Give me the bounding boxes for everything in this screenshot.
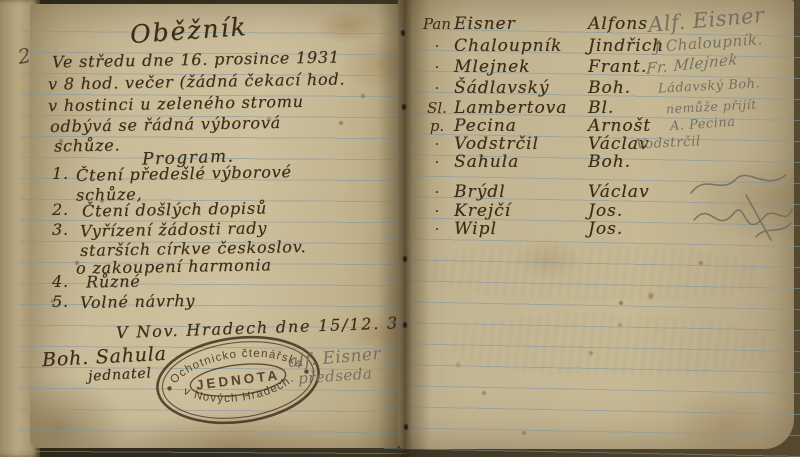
notebook-photo: 2 Oběžník Ve středu dne 16. prosince 193… (0, 0, 800, 457)
attendee-firstname: Václav (588, 182, 650, 202)
program-item-number: 1. (52, 164, 69, 183)
attendee-firstname: Boh. (588, 78, 631, 98)
stitch-dot (401, 30, 405, 36)
attendee-row: · Wipl Jos. (420, 219, 623, 239)
attendee-prefix: · (420, 79, 454, 97)
body-line: schůze. (54, 135, 121, 155)
attendee-row: · Šádlavský Boh. (420, 78, 631, 98)
attendee-surname: Wipl (454, 219, 588, 239)
program-item-text: Čtení došlých dopisů (82, 198, 267, 220)
attendee-row: Sl. Lambertova Bl. (420, 98, 614, 118)
stitch-dot (403, 322, 407, 328)
program-item-number: 4. (52, 272, 69, 291)
attendee-prefix: · (420, 202, 454, 220)
stamp-separator-dot (167, 386, 172, 391)
attendee-firstname: Jos. (588, 219, 623, 239)
attendee-prefix: Pan (420, 15, 454, 33)
secretary-role: jednatel (88, 365, 153, 384)
attendee-row: · Mlejnek Frant. (420, 57, 647, 77)
attendee-prefix: · (420, 58, 454, 76)
attendee-surname: Šádlavský (454, 78, 588, 98)
attendee-surname: Mlejnek (454, 57, 588, 77)
attendee-surname: Chaloupník (454, 36, 588, 56)
attendee-firstname: Arnošt (588, 116, 651, 136)
attendee-row: · Sahula Boh. (420, 152, 631, 172)
signature-scribble (686, 165, 796, 250)
attendee-prefix: · (420, 135, 454, 153)
attendee-surname: Sahula (454, 152, 588, 172)
attendee-surname: Eisner (454, 14, 588, 34)
attendee-surname: Lambertova (454, 98, 588, 118)
attendee-firstname: Frant. (588, 57, 647, 77)
program-item-number: 5. (52, 292, 69, 311)
program-item-text: Volné návrhy (80, 291, 195, 312)
attendee-row: p. Pecina Arnošt (420, 116, 651, 136)
stitch-dot (402, 104, 406, 110)
attendee-firstname: Boh. (588, 152, 631, 172)
attendee-row: · Chaloupník Jindřich (420, 36, 664, 56)
stitch-dot (403, 256, 407, 262)
right-page: Pan Eisner Alfons · Chaloupník Jindřich … (398, 0, 794, 449)
attendee-prefix: · (420, 153, 454, 171)
attendee-prefix: · (420, 220, 454, 238)
attendee-prefix: p. (420, 117, 454, 135)
program-item-number: 2. (52, 200, 69, 219)
pencil-signature: Vodstrčil (636, 133, 702, 152)
left-page: Oběžník Ve středu dne 16. prosince 1931 … (30, 4, 398, 448)
program-item-text: Různé (86, 272, 141, 292)
stitch-dot (404, 424, 408, 430)
attendee-prefix: · (420, 37, 454, 55)
attendee-row: · Brýdl Václav (420, 182, 650, 202)
attendee-firstname: Bl. (588, 98, 614, 118)
ink-showthrough (448, 312, 769, 378)
attendee-firstname: Alfons (588, 14, 648, 34)
program-item-number: 3. (52, 220, 69, 239)
program-item-text: Čtení předešlé výborové (76, 162, 292, 185)
attendee-surname: Brýdl (454, 182, 588, 202)
attendee-surname: Pecina (454, 116, 588, 136)
attendee-firstname: Jos. (588, 201, 623, 221)
attendee-row: · Krejčí Jos. (420, 201, 623, 221)
attendee-row: Pan Eisner Alfons (420, 14, 648, 34)
foxing-specks (0, 0, 2, 2)
attendee-prefix: · (420, 183, 454, 201)
attendee-row: · Vodstrčil Václav (420, 134, 650, 154)
attendee-surname: Krejčí (454, 201, 588, 221)
body-line: odbývá se řádná výborová (50, 113, 281, 136)
attendee-surname: Vodstrčil (454, 134, 588, 154)
attendee-prefix: Sl. (420, 99, 454, 117)
